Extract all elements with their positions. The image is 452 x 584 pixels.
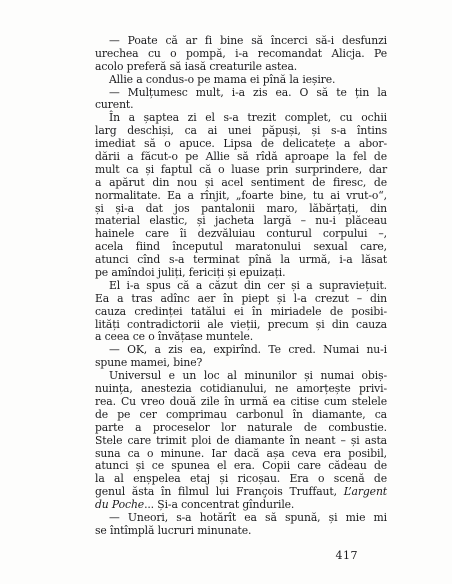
- text-run: dării a făcut-o pe Allie să rîdă aproape…: [95, 150, 387, 163]
- text-run: a apărut din nou și acel sentiment de fi…: [95, 176, 387, 189]
- book-page: — Poate că ar fi bine să încerci să-i de…: [0, 0, 452, 584]
- text-run: larg deschiși, ca ai unei păpuși, și s-a…: [95, 124, 387, 137]
- text-run: atunci și ce spunea el era. Copii care c…: [95, 459, 387, 472]
- text-run: cauza credinței tatălui ei în miriadele …: [95, 305, 387, 318]
- text-run: se întîmplă lucruri minunate.: [95, 524, 251, 537]
- text-run: genul ăsta în filmul lui François Truffa…: [95, 485, 344, 498]
- text-run: El i-a spus că a căzut din cer și a supr…: [109, 279, 387, 292]
- text-run: imediat să o apuce. Lipsa de delicatețe …: [95, 137, 387, 150]
- text-run: a ceea ce o învățase muntele.: [95, 330, 253, 343]
- text-run: Ea a tras adînc aer în piept și l-a crez…: [95, 292, 387, 305]
- text-run: normalitate. Ea a rînjit, „foarte bine, …: [95, 189, 387, 202]
- text-run: la al enșpelea etaj și ricoșau. Era o sc…: [95, 472, 387, 485]
- page-number: 417: [95, 549, 358, 562]
- text-run: suna ca o minune. Iar dacă așa ceva era …: [95, 447, 387, 460]
- text-run: lități contradictorii ale vieții, precum…: [95, 318, 387, 331]
- text-run: material elastic, și jacheta largă – nu-…: [95, 214, 387, 227]
- text-run: În a șaptea zi el s-a trezit complet, cu…: [109, 111, 387, 124]
- text-run: și și-a dat jos pantalonii maro, lăbărța…: [95, 202, 387, 215]
- text-run: curent.: [95, 98, 133, 111]
- text-run: mult ca și faptul că o luase prin surpri…: [95, 163, 387, 176]
- text-run: — OK, a zis ea, expirînd. Te cred. Numai…: [109, 343, 387, 356]
- text-line: se întîmplă lucruri minunate.: [95, 525, 387, 538]
- text-run: pe amîndoi juliți, fericiți și epuizați.: [95, 266, 285, 279]
- text-run: rea. Cu vreo două zile în urmă ea citise…: [95, 395, 387, 408]
- text-run: — Uneori, s-a hotărît ea să spună, și mi…: [109, 511, 387, 524]
- text-run: acela fiind începutul maratonului sexual…: [95, 240, 387, 253]
- text-run: Universul e un loc al minunilor și numai…: [109, 369, 387, 382]
- text-run: parte a proceselor lor naturale de combu…: [95, 421, 387, 434]
- page-text: — Poate că ar fi bine să încerci să-i de…: [95, 35, 387, 538]
- text-run-italic: du Poche: [95, 498, 144, 511]
- text-run: spune mamei, bine?: [95, 356, 202, 369]
- text-run: Stele care trimit ploi de diamante în ne…: [95, 434, 387, 447]
- text-run: — Poate că ar fi bine să încerci să-i de…: [109, 34, 387, 47]
- text-run: ... Și-a concentrat gîndurile.: [144, 498, 294, 511]
- text-run: — Mulțumesc mult, i-a zis ea. O să te ți…: [109, 86, 387, 99]
- text-run: Allie a condus-o pe mama ei pînă la ieși…: [109, 73, 335, 86]
- text-run: de pe cer comprimau carbonul în diamante…: [95, 408, 387, 421]
- text-run: atunci cînd s-a terminat pînă la urmă, i…: [95, 253, 387, 266]
- text-run: hainele care îi dezvăluiau conturul corp…: [95, 227, 387, 240]
- text-line: — Mulțumesc mult, i-a zis ea. O să te ți…: [95, 87, 387, 100]
- text-run: urechea cu o pompă, i-a recomandat Alicj…: [95, 47, 387, 60]
- text-run: nuința, anestezia cotidianului, ne amorț…: [95, 382, 387, 395]
- text-run: acolo preferă să iasă creaturile astea.: [95, 60, 297, 73]
- text-run-italic: L’argent: [344, 485, 387, 498]
